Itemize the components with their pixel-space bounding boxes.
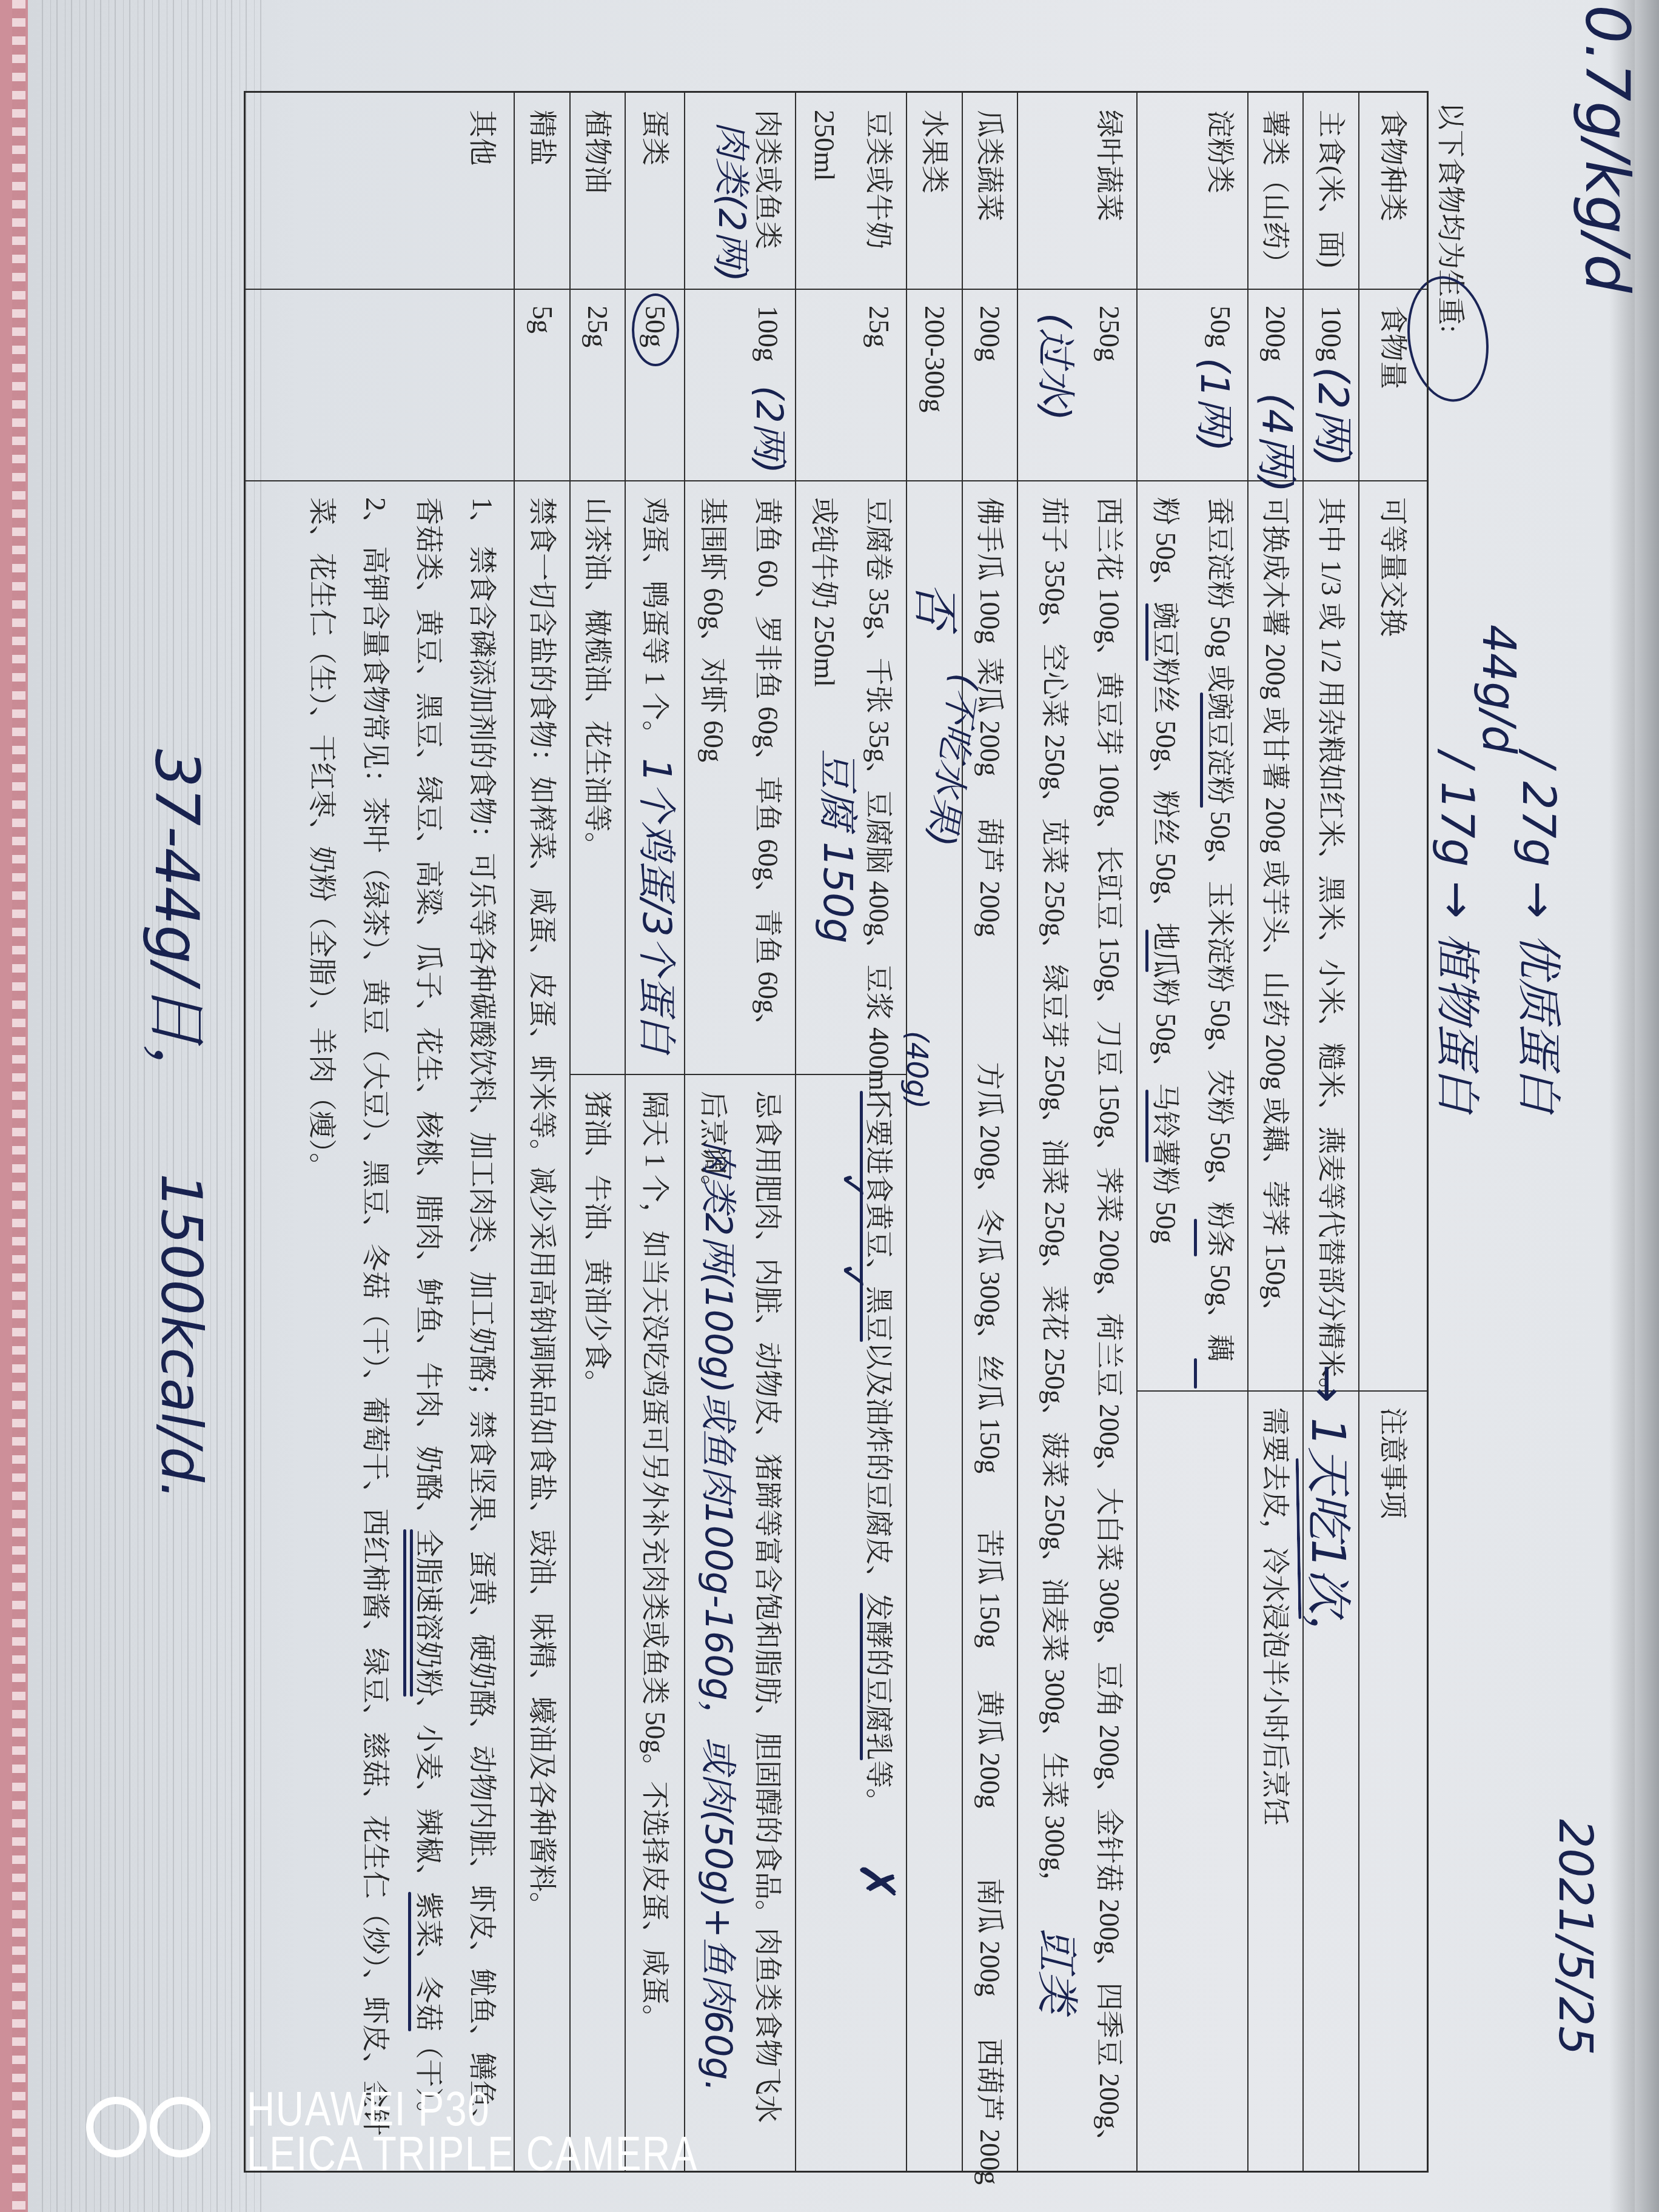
category-cell: 绿叶蔬菜 — [1018, 93, 1136, 289]
header-exchange: 可等量交换 — [1359, 480, 1427, 1390]
category-cell: 主食(米、面) — [1304, 93, 1358, 289]
amount-value — [455, 306, 509, 480]
notes-text: 隔天 1 个，如当天没吃鸡蛋可另外补充肉类或鱼类 50g。不选择皮蛋、咸蛋。 — [628, 1091, 682, 2174]
category-label: 植物油 — [571, 110, 625, 289]
handwritten-plant-protein: / 17g → 植物蛋白 — [1435, 752, 1480, 1113]
header-notes: 注意事项 — [1359, 1390, 1427, 2174]
amount-value: 200-300g — [907, 306, 962, 480]
category-cell: 精盐 — [515, 93, 569, 289]
handwritten-date: 2021/5/25 — [1552, 1819, 1598, 2056]
table-row: 瓜类蔬菜 200g 佛手瓜 100g 菜瓜 200g 葫芦 200g 方瓜 20… — [963, 93, 1018, 2171]
notes-cell: 不要进食黄豆、黑豆以及油炸的豆腐皮、发酵的豆腐乳等。 — [796, 1074, 906, 2174]
category-cell: 植物油 — [571, 93, 625, 289]
amount-cell: 200g — [963, 289, 1017, 480]
exchange-text: 其中 1/3 或 1/2 用杂粮如红米、黑米、小米、糙米、燕麦等代替部分精米。 — [1304, 497, 1358, 1390]
handwritten-high-quality-protein: / 27g → 优质蛋白 — [1516, 752, 1561, 1113]
amount-value: 5g — [515, 306, 569, 480]
camera-logo-ring-icon — [150, 2097, 210, 2157]
header-category: 食物种类 — [1359, 93, 1427, 289]
watermark-model: HUAWEI P30 — [247, 2085, 490, 2133]
notes-text: 忌食用肥肉、内脏、动物皮、猪蹄等富含饱和脂肪、胆固醇的食品。肉鱼类食物飞水 — [740, 1091, 795, 2174]
exchange-cell: 其中 1/3 或 1/2 用杂粮如红米、黑米、小米、糙米、燕麦等代替部分精米。 — [1304, 480, 1358, 1390]
exchange-cell: 西兰花 100g、黄豆芽 100g、长豇豆 150g、刀豆 150g、荠菜 20… — [1018, 480, 1136, 2174]
handwritten-meat-note: 肉类2两(100g)或鱼肉100g-160g，或肉(50g)+鱼肉60g. — [700, 1140, 736, 2092]
handwritten-daily-energy: 1500kcal/d. — [153, 1173, 209, 1500]
pen-circle-egg-amount — [632, 293, 679, 366]
table-row: 植物油 25g 山茶油、橄榄油、花生油等。 猪油、牛油、黄油少食。 — [571, 93, 626, 2171]
category-cell: 淀粉类 — [1138, 93, 1247, 289]
handwritten-greens-extra: 豇类 — [1036, 1928, 1078, 2013]
exchange-text: 西兰花 100g、黄豆芽 100g、长豇豆 150g、刀豆 150g、荠菜 20… — [1082, 497, 1136, 2174]
handwritten-meat-category: 肉类(2两) — [713, 121, 749, 282]
category-label: 瓜类蔬菜 — [963, 110, 1017, 289]
notes-cell: 隔天 1 个，如当天没吃鸡蛋可另外补充肉类或鱼类 50g。不选择皮蛋、咸蛋。 — [626, 1074, 684, 2174]
category-label: 水果类 — [907, 110, 962, 289]
category-cell: 瓜类蔬菜 — [963, 93, 1017, 289]
table-row: 水果类 200-300g — [907, 93, 963, 2171]
exchange-text: 1、 禁食含磷添加剂的食物：可乐等各种碳酸饮料、加工肉类、加工奶酪；禁食坚果、蛋… — [455, 497, 509, 2174]
exchange-text: 可换成木薯 200g 或甘薯 200g 或芋头、山药 200g 或藕、荸荠 15… — [1248, 497, 1303, 1390]
exchange-text: 2、 高钾含量食物常见：茶叶（绿茶）、黄豆（大豆）、黑豆、冬菇（干）、葡萄干、西… — [349, 497, 402, 2174]
pen-underline — [1145, 930, 1148, 972]
pen-double-underline — [403, 1529, 406, 1697]
amount-value: 250g — [1082, 306, 1136, 480]
handwritten-protein-target: 0.7g/kg/d — [1577, 5, 1637, 293]
amount-value: 25g — [571, 306, 625, 480]
exchange-text: 禁食一切含盐的食物：如榨菜、咸蛋、皮蛋、虾米等。减少采用高钠调味品如食盐、豉油、… — [515, 497, 569, 2174]
check-mark-icon: ✓ — [834, 1170, 871, 1201]
exchange-text: 蚕豆淀粉 50g 或豌豆淀粉 50g、玉米淀粉 50g、芡粉 50g、粉条 50… — [1193, 497, 1247, 1390]
header-amount: 食物量 — [1359, 289, 1427, 480]
pen-underline — [1145, 603, 1148, 661]
category-label: 主食(米、面) — [1304, 110, 1358, 289]
notes-cell — [1138, 1390, 1247, 2174]
exchange-cell: 黄鱼 60、罗非鱼 60g、草鱼 60g、青鱼 60g、 基围虾 60g、对虾 … — [685, 480, 795, 1074]
handwritten-tuber-amount: (4两) — [1255, 393, 1296, 492]
exchange-cell: 山茶油、橄榄油、花生油等。 — [571, 480, 625, 1074]
category-cell: 其他 — [246, 93, 514, 289]
cross-mark-icon: ✗ — [853, 1862, 901, 1902]
header-label: 注意事项 — [1366, 1407, 1421, 2174]
exchange-cell: 可换成木薯 200g 或甘薯 200g 或芋头、山药 200g 或藕、荸荠 15… — [1248, 480, 1302, 1390]
handwritten-staple-amount: (2两) — [1312, 367, 1353, 466]
camera-logo-ring-icon — [86, 2097, 147, 2157]
category-cell: 薯类（山药） — [1248, 93, 1302, 289]
notes-text: 需要去皮，冷水浸泡半小时后烹饪 — [1248, 1407, 1303, 2174]
exchange-text: 基围虾 60g、对虾 60g — [686, 497, 740, 1074]
exchange-text: 山茶油、橄榄油、花生油等。 — [571, 497, 625, 1074]
pen-underline — [1200, 692, 1203, 808]
pen-arrow-mark — [1194, 1219, 1197, 1256]
pen-underline — [860, 1593, 863, 1760]
table-row: 豆类或牛奶 250ml 25g 豆腐卷 35g、千张 35g、豆腐脑 400g、… — [796, 93, 907, 2171]
amount-cell: 25g — [796, 289, 906, 480]
category-label: 淀粉类 — [1193, 110, 1247, 289]
handwritten-protein-total: 44g/d — [1476, 625, 1521, 754]
amount-cell: 5g — [515, 289, 569, 480]
watermark-camera: LEICA TRIPLE CAMERA — [247, 2130, 698, 2178]
handwritten-tofu-note: 豆腐 150g — [817, 749, 857, 943]
exchange-cell: 禁食一切含盐的食物：如榨菜、咸蛋、皮蛋、虾米等。减少采用高钠调味品如食盐、豉油、… — [515, 480, 569, 2174]
category-label: 蛋类 — [628, 110, 682, 289]
amount-cell — [246, 289, 514, 480]
pen-underline — [408, 1892, 411, 2031]
handwritten-staple-frequency: → 1天吃1次， — [1305, 1364, 1351, 1661]
category-cell: 豆类或牛奶 250ml — [796, 93, 906, 289]
amount-value: 25g — [851, 306, 906, 480]
exchange-cell: 蚕豆淀粉 50g 或豌豆淀粉 50g、玉米淀粉 50g、芡粉 50g、粉条 50… — [1138, 480, 1247, 1390]
amount-cell: 200-300g — [907, 289, 962, 480]
pen-underline — [860, 1091, 863, 1342]
handwritten-daily-protein: 37-44g/日， — [146, 749, 207, 1105]
header-label: 食物量 — [1366, 306, 1421, 480]
table-row: 蛋类 50g 鸡蛋、鸭蛋等 1 个。 隔天 1 个，如当天没吃鸡蛋可另外补充肉类… — [626, 93, 685, 2171]
table-row: 其他 1、 禁食含磷添加剂的食物：可乐等各种碳酸饮料、加工肉类、加工奶酪；禁食坚… — [246, 93, 515, 2171]
notes-cell: 需要去皮，冷水浸泡半小时后烹饪 — [1248, 1390, 1302, 2174]
category-cell: 蛋类 — [626, 93, 684, 289]
handwritten-greens-note: (过水) — [1036, 313, 1074, 421]
handwritten-soy-milk-note: (40g) — [902, 1031, 931, 1109]
handwritten-egg-note: 1个鸡蛋/3个蛋白 — [637, 758, 675, 1053]
notes-text: 猪油、牛油、黄油少食。 — [571, 1091, 625, 2174]
category-label: 绿叶蔬菜 — [1082, 110, 1136, 289]
amount-value: 200g — [963, 306, 1017, 480]
handwritten-meat-amount: (2两) — [751, 386, 787, 474]
category-label: 豆类或牛奶 — [851, 110, 906, 289]
check-mark-icon: ✓ — [834, 1261, 871, 1292]
exchange-text: 菜、花生仁（生）、干红枣、奶粉（全脂）、羊肉（瘦）。 — [295, 497, 349, 2174]
header-label: 可等量交换 — [1366, 497, 1421, 1390]
table-row: 精盐 5g 禁食一切含盐的食物：如榨菜、咸蛋、皮蛋、虾米等。减少采用高钠调味品如… — [515, 93, 571, 2171]
category-label: 其他 — [455, 110, 509, 289]
exchange-text: 黄鱼 60、罗非鱼 60g、草鱼 60g、青鱼 60g、 — [740, 497, 795, 1074]
pen-dash-mark — [1194, 1358, 1197, 1389]
header-label: 食物种类 — [1366, 110, 1421, 289]
amount-cell: 25g — [571, 289, 625, 480]
pen-underline — [1145, 1090, 1148, 1162]
category-cell: 水果类 — [907, 93, 962, 289]
category-label: 250ml — [797, 110, 851, 289]
exchange-cell: 1、 禁食含磷添加剂的食物：可乐等各种碳酸饮料、加工肉类、加工奶酪；禁食坚果、蛋… — [246, 480, 514, 2174]
handwritten-fruit-mark: 否 — [912, 582, 958, 628]
table-header-row: 食物种类 食物量 可等量交换 注意事项 — [1359, 93, 1427, 2171]
pen-double-underline — [410, 1529, 413, 1697]
handwritten-starch-amount: (1两) — [1195, 358, 1233, 452]
notes-cell: 猪油、牛油、黄油少食。 — [571, 1074, 625, 2174]
diet-sheet: 0.7g/kg/d 44g/d / 27g → 优质蛋白 / 17g → 植物蛋… — [0, 0, 1659, 2212]
exchange-text: 茄子 350g、空心菜 250g、苋菜 250g、绿豆芽 250g、油菜 250… — [1027, 497, 1082, 2174]
category-label: 薯类（山药） — [1248, 110, 1303, 289]
food-exchange-table: 食物种类 食物量 可等量交换 注意事项 主食(米、面) 100g 其中 1/3 … — [244, 91, 1429, 2173]
category-label: 精盐 — [515, 110, 569, 289]
